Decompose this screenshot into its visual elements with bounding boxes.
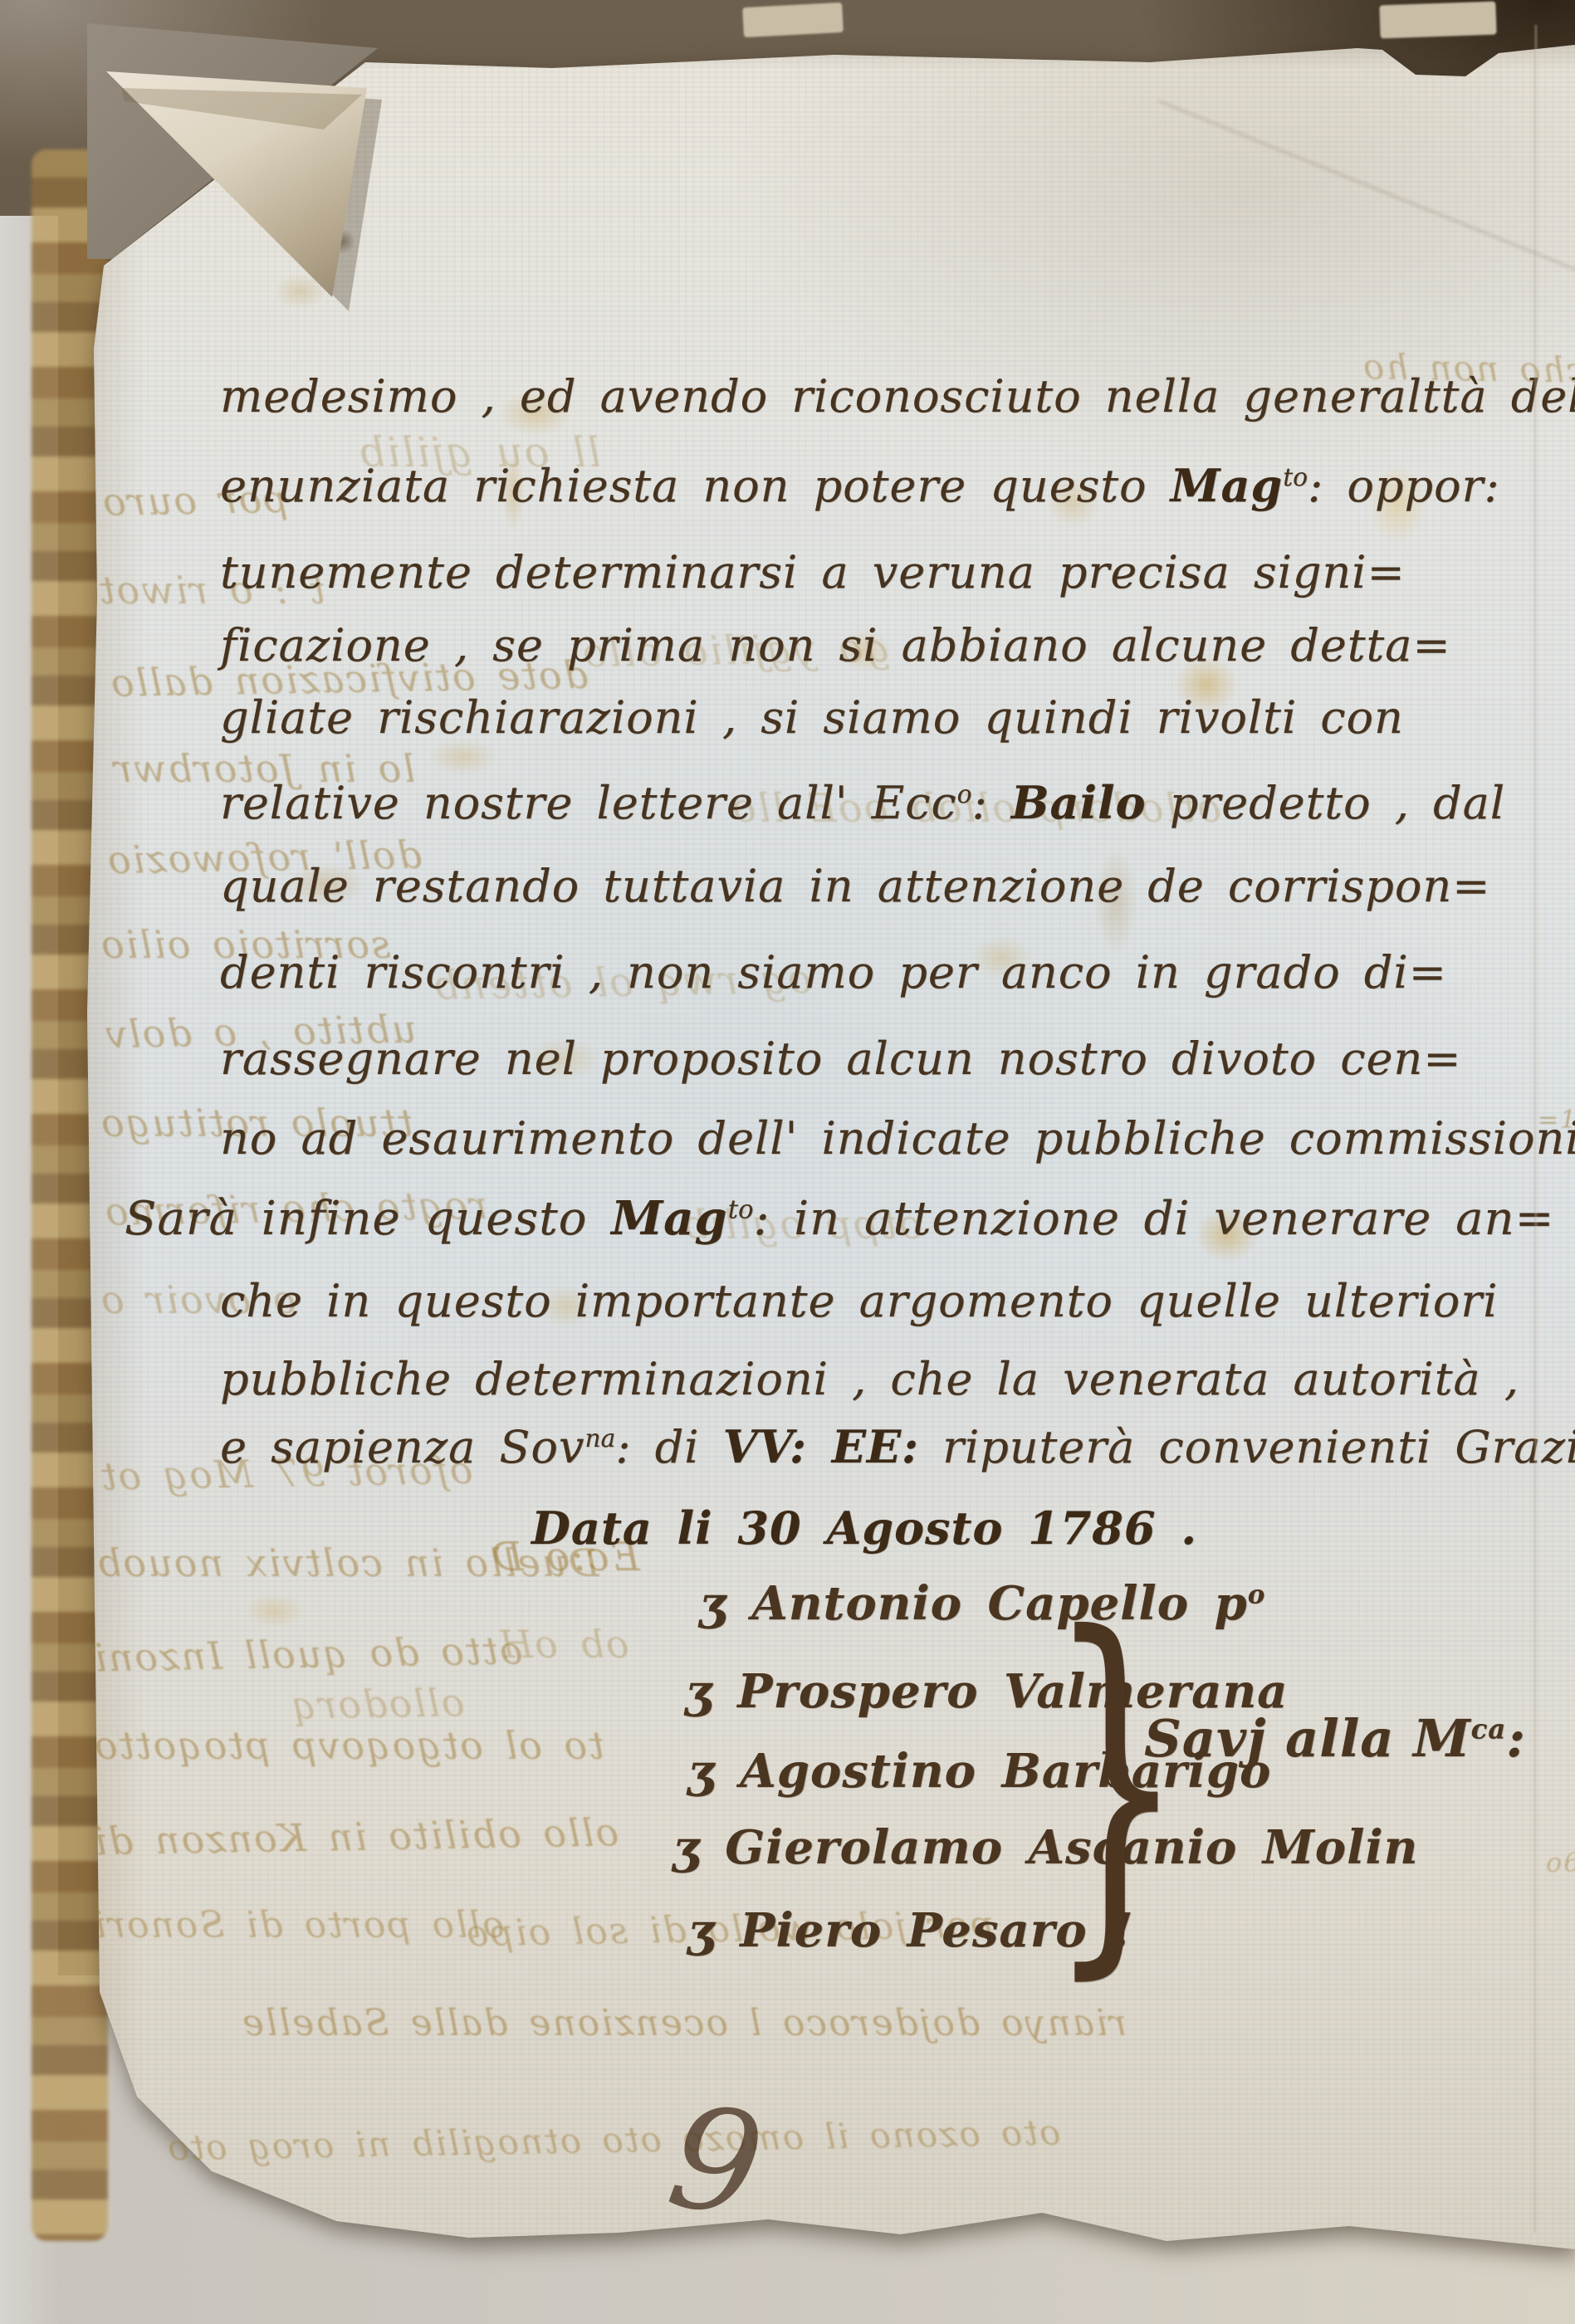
torn-tab: [742, 2, 844, 37]
manuscript-line: pubbliche determinazioni , che la venera…: [220, 1355, 1519, 1404]
signature-brace: }: [1048, 1554, 1184, 2014]
torn-tab: [1379, 2, 1496, 39]
manuscript-line: e sapienza Sovna: di VV: EE: riputerà co…: [220, 1423, 1575, 1472]
manuscript-line: gliate rischiarazioni , si siamo quindi …: [220, 693, 1404, 742]
manuscript-line: che in questo importante argomento quell…: [220, 1277, 1498, 1326]
manuscript-line: tunemente determinarsi a veruna precisa …: [220, 548, 1406, 597]
manuscript-line: quale restando tuttavia in attenzione de…: [220, 862, 1490, 911]
office-label: Savj alla Mca:: [1144, 1708, 1526, 1769]
vertical-crease: [1534, 25, 1537, 2233]
manuscript-line: medesimo , ed avendo riconosciuto nella …: [220, 372, 1575, 421]
manuscript-line: ficazione , se prima non si abbiano alcu…: [220, 621, 1451, 670]
signature-line: ʒ Gierolamo Ascanio Molin: [673, 1823, 1418, 1874]
manuscript-photo: ʒ cho non hopor ourot : o riwotdote otiv…: [0, 0, 1575, 2324]
manuscript-line: rassegnare nel proposito alcun nostro di…: [220, 1034, 1461, 1083]
manuscript-line: Sarà infine questo Magto: in attenzione …: [125, 1194, 1554, 1245]
text-layer: medesimo , ed avendo riconosciuto nella …: [0, 0, 1575, 2324]
manuscript-line: no ad esaurimento dell' indicate pubblic…: [220, 1114, 1575, 1163]
manuscript-line: relative nostre lettere all' Ecco: Bailo…: [220, 779, 1505, 828]
manuscript-line: denti riscontri , non siamo per anco in …: [220, 948, 1447, 997]
manuscript-line: Data li 30 Agosto 1786 .: [531, 1504, 1197, 1553]
manuscript-line: enunziata richiesta non potere questo Ma…: [220, 461, 1500, 510]
